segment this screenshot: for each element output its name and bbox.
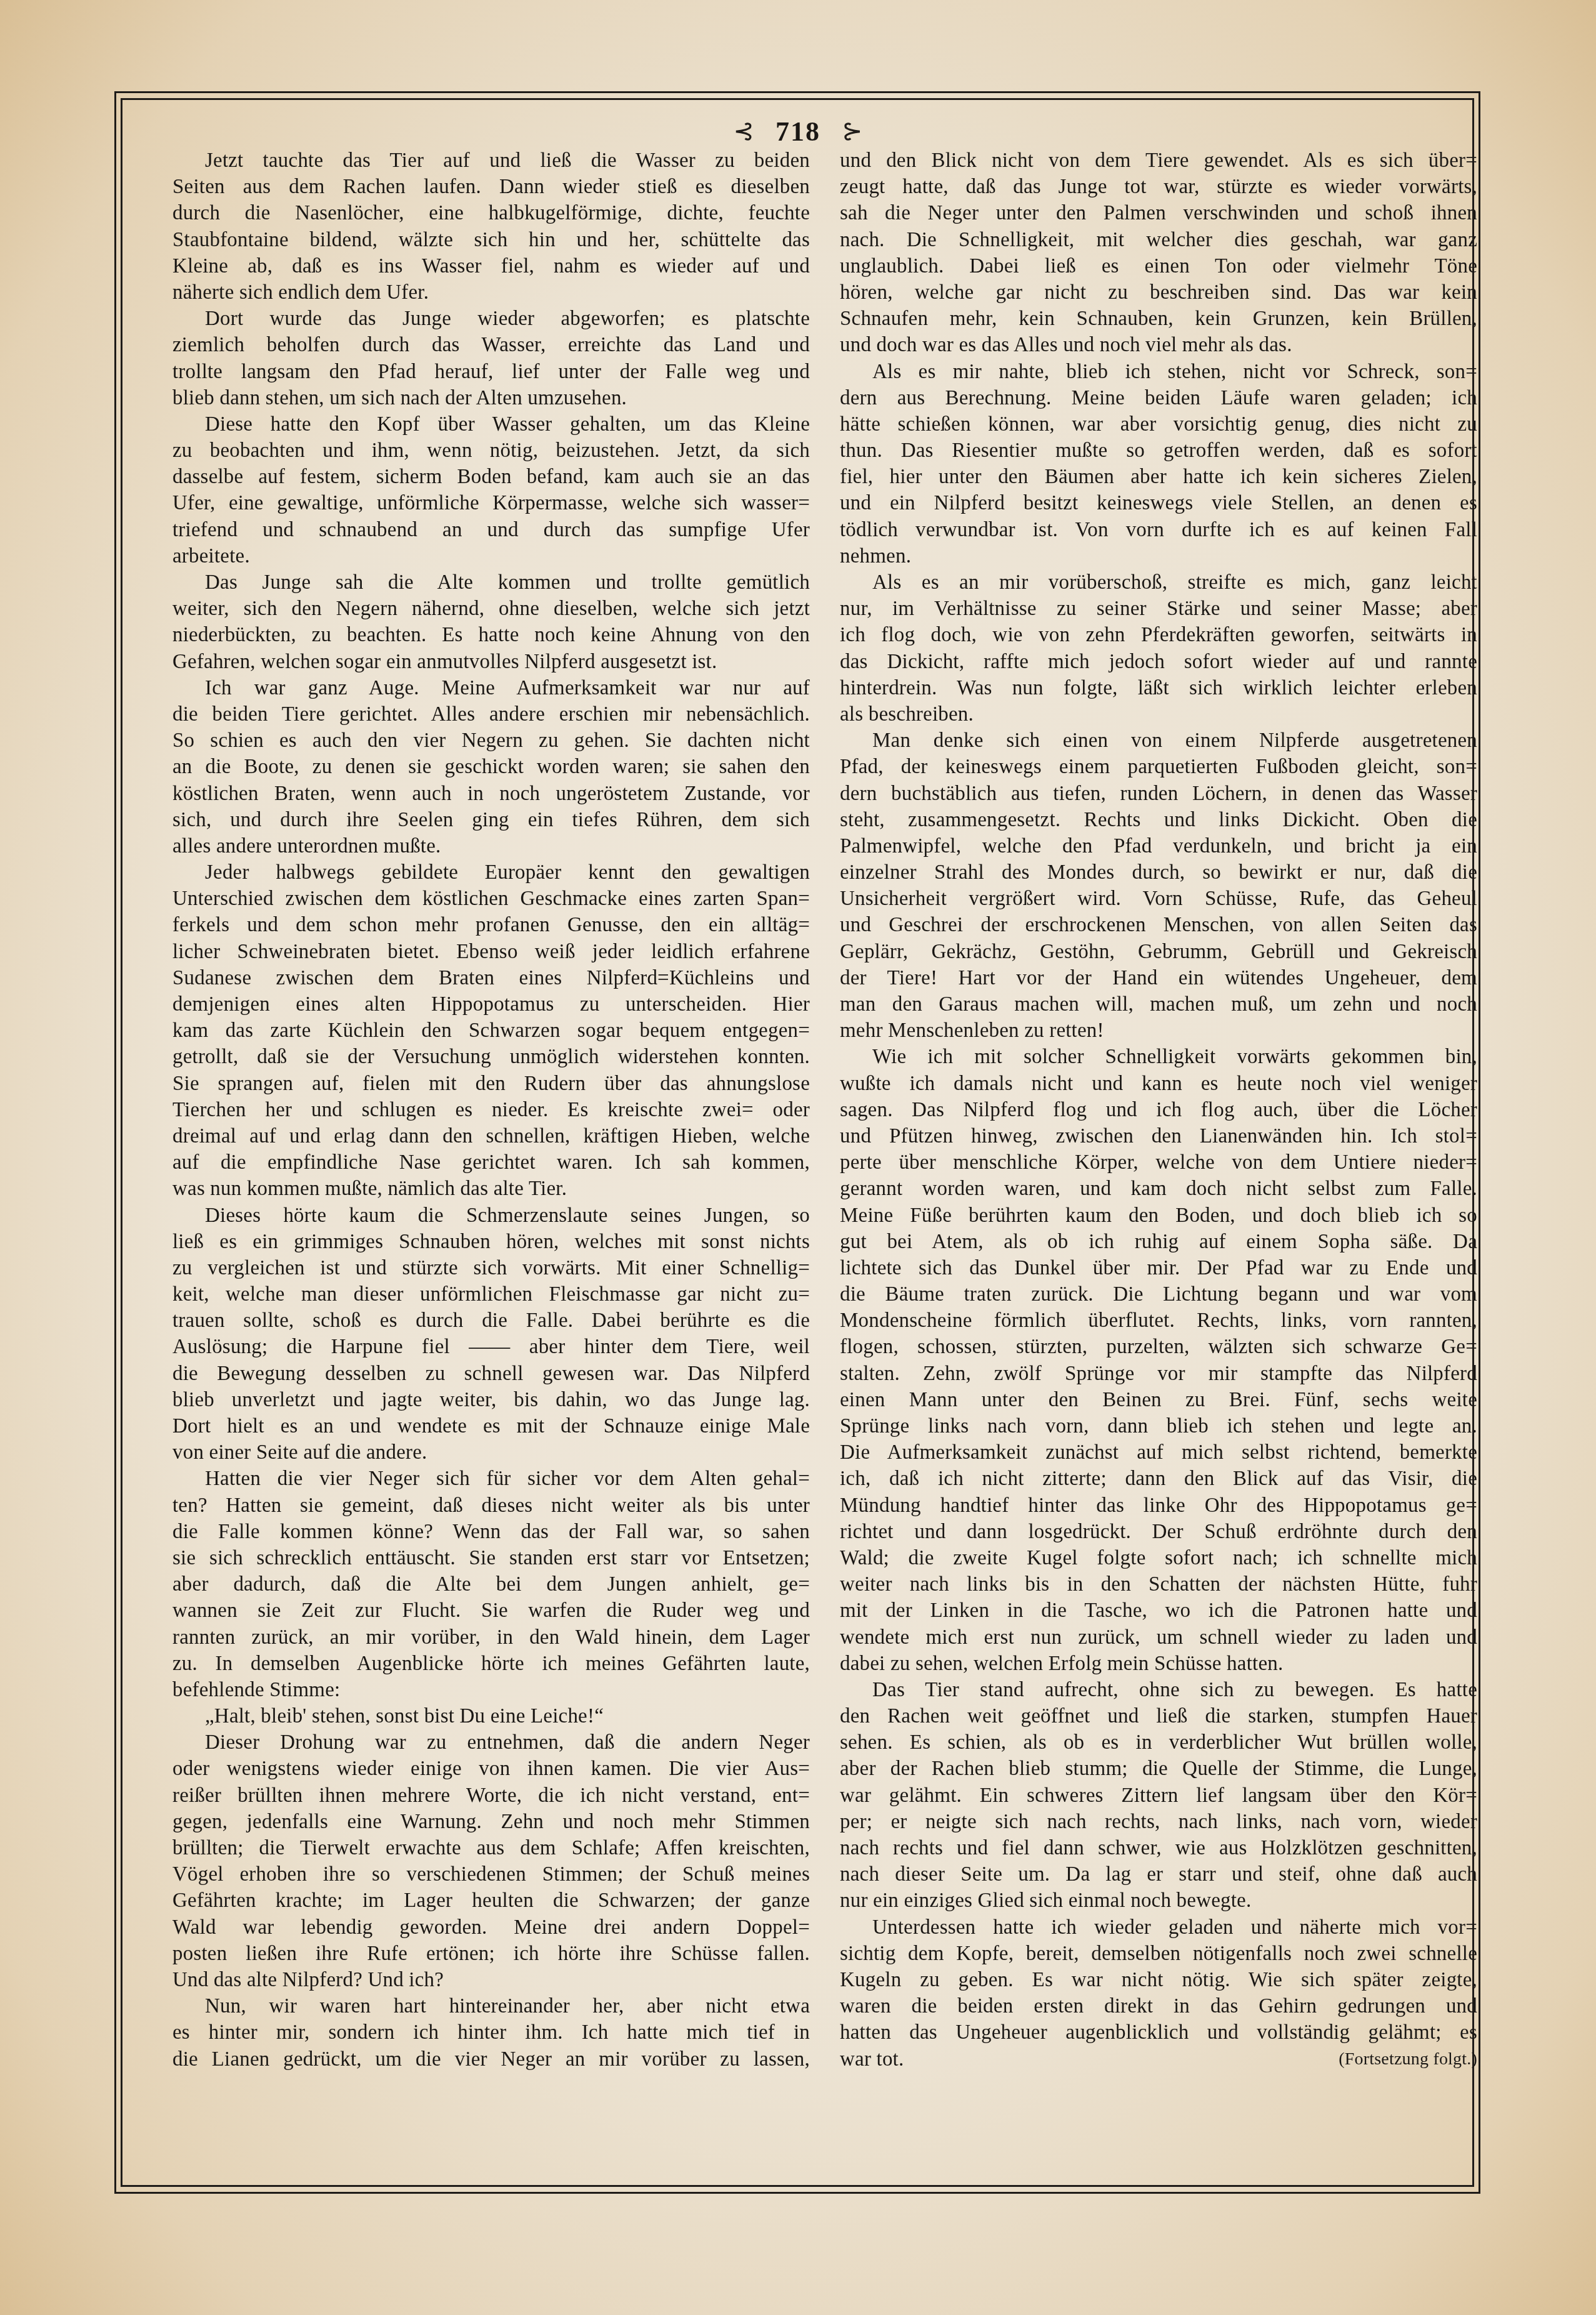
text-line: ten? Hatten sie gemeint, daß dieses nich… <box>172 1492 810 1519</box>
paragraph-first-line: Jeder halbwegs gebildete Europäer kennt … <box>172 859 810 886</box>
text-line: Die Aufmerksamkeit zunächst auf mich sel… <box>840 1439 1477 1466</box>
text-line: hinterdrein. Was nun folgte, läßt sich w… <box>840 675 1477 701</box>
right-text-column: und den Blick nicht von dem Tiere gewend… <box>840 147 1477 2072</box>
text-line: „Halt, bleib' stehen, sonst bist Du eine… <box>172 1703 810 1729</box>
text-line: was nun kommen mußte, nämlich das alte T… <box>172 1176 810 1202</box>
text-line: an die Boote, zu denen sie geschickt wor… <box>172 754 810 780</box>
text-line: Ufer, eine gewaltige, unförmliche Körper… <box>172 490 810 516</box>
text-line: lichtete sich das Dunkel über mir. Der P… <box>840 1255 1477 1281</box>
paragraph-first-line: Als es mir nahte, blieb ich stehen, nich… <box>840 359 1477 385</box>
text-line: einzelner Strahl des Mondes durch, so be… <box>840 859 1477 886</box>
text-line: hätte schießen können, war aber vorsicht… <box>840 411 1477 437</box>
text-line: Kleine ab, daß es ins Wasser fiel, nahm … <box>172 253 810 279</box>
text-line: steht, zusammengesetzt. Rechts und links… <box>840 807 1477 833</box>
text-line: stalten. Zehn, zwölf Sprünge vor mir sta… <box>840 1361 1477 1387</box>
paragraph-first-line: Das Tier stand aufrecht, ohne sich zu be… <box>840 1677 1477 1703</box>
text-line: sie sich schrecklich enttäuscht. Sie sta… <box>172 1545 810 1571</box>
text-line: Wald war lebendig geworden. Meine drei a… <box>172 1914 810 1941</box>
text-line: Dort hielt es an und wendete es mit der … <box>172 1413 810 1439</box>
page-header: ⊰ 718 ⊱ <box>0 112 1596 150</box>
text-line: sehen. Es schien, als ob es in verderbli… <box>840 1729 1477 1756</box>
right-ornament-icon: ⊱ <box>842 119 863 144</box>
text-line: köstlichen Braten, wenn auch in noch ung… <box>172 781 810 807</box>
text-line: posten ließen ihre Rufe ertönen; ich hör… <box>172 1941 810 1967</box>
text-line: gegen, jedenfalls eine Warnung. Zehn und… <box>172 1809 810 1835</box>
text-line: mehr Menschenleben zu retten! <box>840 1017 1477 1044</box>
paragraph-first-line: Jetzt tauchte das Tier auf und ließ die … <box>172 147 810 174</box>
paragraph-first-line: Dieses hörte kaum die Schmerzenslaute se… <box>172 1202 810 1229</box>
paragraph-first-line: Nun, wir waren hart hintereinander her, … <box>172 1993 810 2019</box>
paragraph-first-line: Wie ich mit solcher Schnelligkeit vorwär… <box>840 1044 1477 1070</box>
text-line: sagen. Das Nilpferd flog und ich flog au… <box>840 1097 1477 1123</box>
text-line: mit der Linken in die Tasche, wo ich die… <box>840 1597 1477 1624</box>
text-line: Kugeln zu geben. Es war nicht nötig. Wie… <box>840 1967 1477 1993</box>
text-line: alles andere unterordnen mußte. <box>172 833 810 859</box>
text-line: die Falle kommen könne? Wenn das der Fal… <box>172 1519 810 1545</box>
text-line: dern aus Berechnung. Meine beiden Läufe … <box>840 385 1477 411</box>
text-line: Mondenscheine förmlich überflutet. Recht… <box>840 1307 1477 1334</box>
text-line: den Rachen weit geöffnet und ließ die st… <box>840 1703 1477 1729</box>
text-line: dasselbe auf festem, sicherm Boden befan… <box>172 464 810 490</box>
text-line: demjenigen eines alten Hippopotamus zu u… <box>172 991 810 1017</box>
text-line: flogen, schossen, stürzten, purzelten, w… <box>840 1334 1477 1360</box>
text-line: Geplärr, Gekrächz, Gestöhn, Gebrumm, Geb… <box>840 939 1477 965</box>
text-line: der Tiere! Hart vor der Hand ein wütende… <box>840 965 1477 991</box>
left-ornament-icon: ⊰ <box>733 119 754 144</box>
text-line: Und das alte Nilpferd? Und ich? <box>172 1967 810 1993</box>
text-line: Wald; die zweite Kugel folgte sofort nac… <box>840 1545 1477 1571</box>
text-line: war gelähmt. Ein schweres Zittern lief l… <box>840 1782 1477 1809</box>
text-line: aber der Rachen blieb stumm; die Quelle … <box>840 1756 1477 1782</box>
text-line: Seiten aus dem Rachen laufen. Dann wiede… <box>172 174 810 200</box>
text-line: getrollt, daß sie der Versuchung unmögli… <box>172 1044 810 1070</box>
text-line: sichtig dem Kopfe, bereit, demselben nöt… <box>840 1941 1477 1967</box>
text-line: tödlich verwundbar ist. Von vorn durfte … <box>840 517 1477 543</box>
text-line: waren die beiden ersten direkt in das Ge… <box>840 1993 1477 2019</box>
text-line: Gefährten krachte; im Lager heulten die … <box>172 1887 810 1914</box>
text-line: sah die Neger unter den Palmen verschwin… <box>840 200 1477 226</box>
text-line: nehmen. <box>840 543 1477 569</box>
text-line: aber dadurch, daß die Alte bei dem Junge… <box>172 1571 810 1597</box>
text-line: dreimal auf und erlag dann den schnellen… <box>172 1123 810 1149</box>
text-line: gut bei Atem, als ob ich ruhig auf einem… <box>840 1229 1477 1255</box>
text-line: es hinter mir, sondern ich hinter ihm. I… <box>172 2019 810 2046</box>
text-line: nur ein einziges Glied sich einmal noch … <box>840 1887 1477 1914</box>
text-line: reißer brüllten ihnen mehrere Worte, die… <box>172 1782 810 1809</box>
text-line: licher Schweinebraten bietet. Ebenso wei… <box>172 939 810 965</box>
page-number: 718 <box>776 116 820 147</box>
text-line: die beiden Tiere gerichtet. Alles andere… <box>172 701 810 727</box>
text-line: So schien es auch den vier Negern zu geh… <box>172 727 810 754</box>
text-line: näherte sich endlich dem Ufer. <box>172 279 810 306</box>
text-line: Schnaufen mehr, kein Schnauben, kein Gru… <box>840 306 1477 332</box>
text-line: keit, welche man dieser unförmlichen Fle… <box>172 1281 810 1307</box>
closing-line: war tot.(Fortsetzung folgt.) <box>840 2046 1477 2072</box>
text-line: oder wenigstens wieder einige von ihnen … <box>172 1756 810 1782</box>
paragraph-first-line: Dort wurde das Junge wieder abgeworfen; … <box>172 306 810 332</box>
continuation-note: (Fortsetzung folgt.) <box>1339 2046 1477 2072</box>
final-text: war tot. <box>840 2046 904 2072</box>
text-line: brüllten; die Tierwelt erwachte aus dem … <box>172 1835 810 1861</box>
text-line: auf die empfindliche Nase gerichtet ware… <box>172 1149 810 1176</box>
text-line: niederbückten, zu beachten. Es hatte noc… <box>172 622 810 648</box>
left-text-column: Jetzt tauchte das Tier auf und ließ die … <box>172 147 810 2072</box>
text-line: als beschreiben. <box>840 701 1477 727</box>
text-line: die Lianen gedrückt, um die vier Neger a… <box>172 2046 810 2072</box>
paragraph-first-line: Ich war ganz Auge. Meine Aufmerksamkeit … <box>172 675 810 701</box>
text-line: zu beobachten und ihm, wenn nötig, beizu… <box>172 437 810 464</box>
text-line: man den Garaus machen will, machen muß, … <box>840 991 1477 1017</box>
text-line: sich, und durch ihre Seelen ging ein tie… <box>172 807 810 833</box>
text-line: Sie sprangen auf, fielen mit den Rudern … <box>172 1071 810 1097</box>
text-line: die Bäume traten zurück. Die Lichtung be… <box>840 1281 1477 1307</box>
text-line: Staubfontaine bildend, wälzte sich hin u… <box>172 227 810 253</box>
paragraph-first-line: Diese hatte den Kopf über Wasser gehalte… <box>172 411 810 437</box>
text-line: hatten das Ungeheuer augenblicklich und … <box>840 2019 1477 2046</box>
text-line: von einer Seite auf die andere. <box>172 1439 810 1466</box>
text-line: weiter nach links bis in den Schatten de… <box>840 1571 1477 1597</box>
text-line: trauen sollte, schoß es durch die Falle.… <box>172 1307 810 1334</box>
text-line: und Geschrei der erschrockenen Menschen,… <box>840 912 1477 938</box>
text-line: Unterschied zwischen dem köstlichen Gesc… <box>172 886 810 912</box>
text-line: und Pfützen hinweg, zwischen den Lianenw… <box>840 1123 1477 1149</box>
text-line: Pfad, der keineswegs einem parquetierten… <box>840 754 1477 780</box>
text-line: triefend und schnaubend an und durch das… <box>172 517 810 543</box>
text-line: Unsicherheit vergrößert wird. Vorn Schüs… <box>840 886 1477 912</box>
text-line: hören, welche gar nicht zu beschreiben s… <box>840 279 1477 306</box>
text-line: blieb dann stehen, um sich nach der Alte… <box>172 385 810 411</box>
text-line: Sudanese zwischen dem Braten eines Nilpf… <box>172 965 810 991</box>
text-line: nach dieser Seite um. Da lag er starr un… <box>840 1861 1477 1887</box>
text-line: ich, daß ich nicht zitterte; dann den Bl… <box>840 1466 1477 1492</box>
text-line: Gefahren, welchen sogar ein anmutvolles … <box>172 649 810 675</box>
text-line: ließ es ein grimmiges Schnauben hören, w… <box>172 1229 810 1255</box>
paragraph-first-line: Das Junge sah die Alte kommen und trollt… <box>172 569 810 596</box>
text-line: und doch war es das Alles und noch viel … <box>840 332 1477 358</box>
text-line: Tierchen her und schlugen es nieder. Es … <box>172 1097 810 1123</box>
text-line: blieb unverletzt und jagte weiter, bis d… <box>172 1387 810 1413</box>
text-line: ferkels und dem schon mehr profanen Genu… <box>172 912 810 938</box>
text-line: durch die Nasenlöcher, eine halbkugelför… <box>172 200 810 226</box>
text-line: Vögel erhoben ihre so verschiedenen Stim… <box>172 1861 810 1887</box>
text-line: ich flog doch, wie von zehn Pferdekräfte… <box>840 622 1477 648</box>
text-line: wendete mich erst nun zurück, um schnell… <box>840 1624 1477 1651</box>
text-line: nur, im Verhältnisse zu seiner Stärke un… <box>840 596 1477 622</box>
text-line: trollte langsam den Pfad herauf, lief un… <box>172 359 810 385</box>
text-line: nach rechts und fiel dann schwer, wie au… <box>840 1835 1477 1861</box>
paragraph-first-line: Als es an mir vorüberschoß, streifte es … <box>840 569 1477 596</box>
text-line: zeugt hatte, daß das Junge tot war, stür… <box>840 174 1477 200</box>
text-line: dern buchstäblich aus tiefen, runden Löc… <box>840 781 1477 807</box>
text-line: ziemlich beholfen durch das Wasser, erre… <box>172 332 810 358</box>
paragraph-first-line: Man denke sich einen von einem Nilpferde… <box>840 727 1477 754</box>
paragraph-first-line: Dieser Drohung war zu entnehmen, daß die… <box>172 1729 810 1756</box>
text-line: unglaublich. Dabei ließ es einen Ton ode… <box>840 253 1477 279</box>
text-line: das Dickicht, raffte mich jedoch sofort … <box>840 649 1477 675</box>
paragraph-first-line: Unterdessen hatte ich wieder geladen und… <box>840 1914 1477 1941</box>
text-line: nach. Die Schnelligkeit, mit welcher die… <box>840 227 1477 253</box>
text-line: die Bewegung desselben zu schnell gewese… <box>172 1361 810 1387</box>
text-line: rannten zurück, an mir vorüber, in den W… <box>172 1624 810 1651</box>
text-line: Mündung handtief hinter das linke Ohr de… <box>840 1492 1477 1519</box>
text-line: zu vergleichen ist und stürzte sich vorw… <box>172 1255 810 1281</box>
text-line: dabei zu sehen, welchen Erfolg mein Schü… <box>840 1651 1477 1677</box>
text-line: kam das zarte Küchlein den Schwarzen sog… <box>172 1017 810 1044</box>
text-line: befehlende Stimme: <box>172 1677 810 1703</box>
text-line: gerannt worden waren, und kam doch nicht… <box>840 1176 1477 1202</box>
text-line: Meine Füße berührten kaum den Boden, und… <box>840 1202 1477 1229</box>
text-line: wußte ich damals nicht und kann es heute… <box>840 1071 1477 1097</box>
text-line: arbeitete. <box>172 543 810 569</box>
text-line: einen Mann unter den Beinen zu Brei. Fün… <box>840 1387 1477 1413</box>
text-line: perte über menschliche Körper, welche vo… <box>840 1149 1477 1176</box>
text-line: Sprünge links nach vorn, dann blieb ich … <box>840 1413 1477 1439</box>
text-line: Palmenwipfel, welche den Pfad verdunkeln… <box>840 833 1477 859</box>
text-line: und ein Nilpferd besitzt keineswegs viel… <box>840 490 1477 516</box>
paragraph-first-line: Hatten die vier Neger sich für sicher vo… <box>172 1466 810 1492</box>
text-line: weiter, sich den Negern nähernd, ohne di… <box>172 596 810 622</box>
text-line: per; er neigte sich nach rechts, nach li… <box>840 1809 1477 1835</box>
text-line: Auslösung; die Harpune fiel —— aber hint… <box>172 1334 810 1360</box>
text-line: und den Blick nicht von dem Tiere gewend… <box>840 147 1477 174</box>
text-line: zu. In demselben Augenblicke hörte ich m… <box>172 1651 810 1677</box>
text-line: thun. Das Riesentier mußte so getroffen … <box>840 437 1477 464</box>
text-line: wannen sie Zeit zur Flucht. Sie warfen d… <box>172 1597 810 1624</box>
text-line: fiel, hier unter den Bäumen aber hatte i… <box>840 464 1477 490</box>
text-line: richtet und dann losgedrückt. Der Schuß … <box>840 1519 1477 1545</box>
